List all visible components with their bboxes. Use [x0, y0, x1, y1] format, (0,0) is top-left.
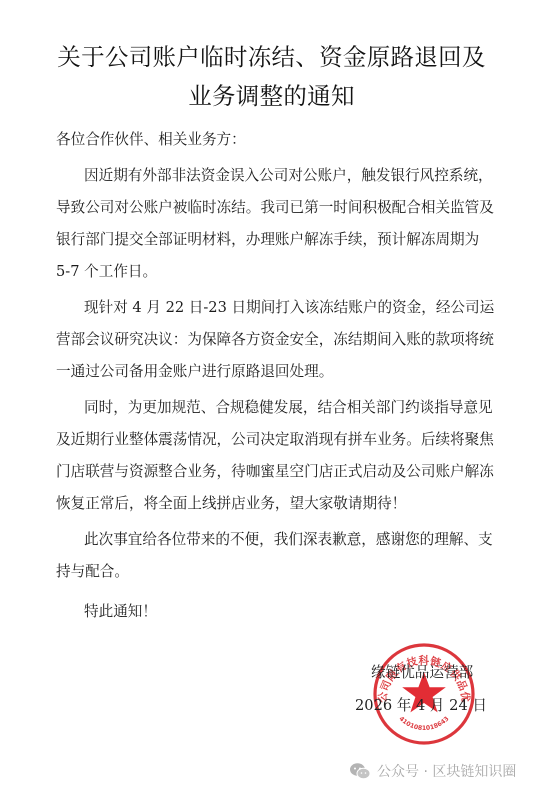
body-line: 门店联营与资源整合业务，待咖蜜星空门店正式启动及公司账户解冻 — [56, 462, 494, 482]
body-line: 营部会议研究决议：为保障各方资金安全，冻结期间入账的款项将统 — [56, 330, 494, 350]
body-line: 银行部门提交全部证明材料，办理账户解冻手续，预计解冻周期为 — [56, 230, 479, 250]
wechat-watermark: 公众号 · 区块链知识圈 — [349, 760, 516, 782]
body-line: 恢复正常后，将全面上线拼店业务，望大家敬请期待！ — [56, 494, 406, 514]
body-line: 现针对 4 月 22 日-23 日期间打入该冻结账户的资金，经公司运 — [84, 298, 494, 318]
watermark-text: 公众号 · 区块链知识圈 — [377, 761, 516, 781]
salutation: 各位合作伙伴、相关业务方： — [56, 130, 246, 150]
body-line: 一通过公司备用金账户进行原路退回处理。 — [56, 362, 333, 382]
wechat-icon — [349, 762, 371, 780]
body-line: 5-7 个工作日。 — [56, 262, 157, 282]
body-line: 此次事宜给各位带来的不便，我们深表歉意，感谢您的理解、支 — [84, 530, 493, 550]
body-line: 持与配合。 — [56, 562, 129, 582]
notice-title-line-1: 关于公司账户临时冻结、资金原路退回及 — [0, 43, 543, 71]
signature-department: 缘链优品运营部 — [371, 663, 473, 683]
signature-date: 2026 年 4 月 24 日 — [355, 696, 487, 716]
body-line: 同时，为更加规范、合规稳健发展，结合相关部门约谈指导意见 — [84, 398, 493, 418]
body-line: 及近期行业整体震荡情况，公司决定取消现有拼车业务。后续将聚焦 — [56, 430, 494, 450]
notice-title-line-2: 业务调整的通知 — [0, 82, 543, 110]
body-line: 因近期有外部非法资金误入公司对公账户，触发银行风控系统， — [84, 166, 493, 186]
svg-text:4101081018643: 4101081018643 — [398, 715, 451, 732]
body-line: 导致公司对公账户被临时冻结。我司已第一时间积极配合相关监管及 — [56, 198, 494, 218]
closing-text: 特此通知！ — [84, 602, 157, 622]
company-seal-stamp: 公司限有技科链应供品优 4101081018643 — [372, 642, 476, 746]
